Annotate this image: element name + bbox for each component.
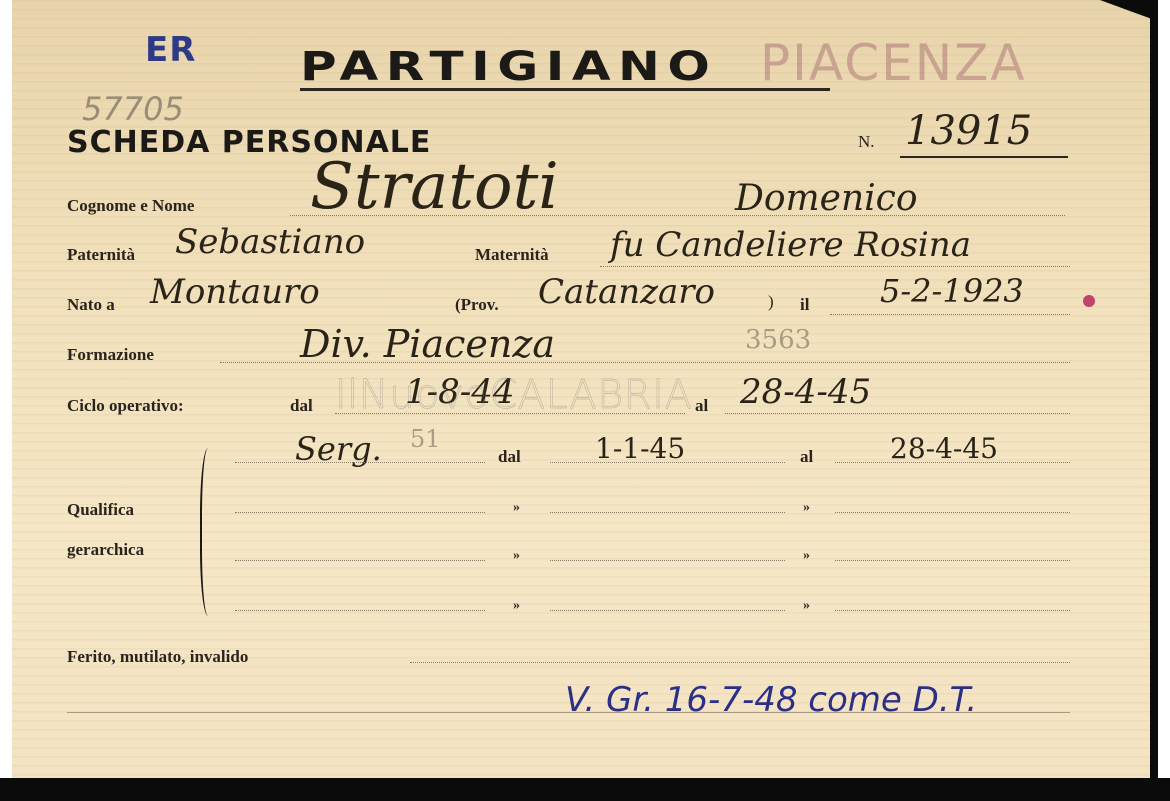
ditto-to-3: »	[803, 598, 810, 614]
watermark: IlNuovoCALABRIA	[335, 372, 692, 418]
ditto-to-1: »	[803, 500, 810, 516]
birthdate-value: 5-2-1923	[880, 272, 1024, 310]
rank-label-1: Qualifica	[67, 500, 134, 520]
surname-value: Stratoti	[310, 150, 559, 224]
operative-cycle-label: Ciclo operativo:	[67, 396, 184, 416]
rank-from-value: 1-1-45	[595, 432, 685, 465]
maternity-label: Maternità	[475, 245, 549, 265]
er-stamp: ER	[145, 30, 196, 70]
right-margin	[1158, 0, 1170, 778]
maternity-line	[600, 266, 1070, 267]
bottom-line	[67, 712, 1070, 713]
cycle-to-value: 28-4-45	[740, 372, 871, 412]
number-label: N.	[858, 132, 875, 152]
rank-to-line-2	[835, 560, 1070, 561]
wounded-blue-note: V. Gr. 16-7-48 come D.T.	[565, 680, 977, 720]
cycle-to-line	[725, 413, 1070, 414]
red-ink-mark	[1083, 295, 1095, 307]
rank-from-label: dal	[498, 447, 521, 467]
rank-pencil-note: 51	[410, 425, 441, 453]
rank-to-value: 28-4-45	[890, 432, 998, 465]
rank-line-1	[235, 512, 485, 513]
name-line	[290, 215, 1065, 216]
rank-from-line-2	[550, 560, 785, 561]
ditto-to-2: »	[803, 548, 810, 564]
ditto-from-2: »	[513, 548, 520, 564]
wounded-label: Ferito, mutilato, invalido	[67, 647, 248, 667]
piacenza-stamp: PIACENZA	[760, 34, 1027, 92]
paternity-label: Paternità	[67, 245, 135, 265]
rank-label-2: gerarchica	[67, 540, 144, 560]
wounded-line	[410, 662, 1070, 663]
card-title: PARTIGIANO	[300, 44, 717, 90]
rank-to-line	[835, 462, 1070, 463]
ditto-from-3: »	[513, 598, 520, 614]
formation-line	[220, 362, 1070, 363]
cycle-from-label: dal	[290, 396, 313, 416]
rank-line-3	[235, 610, 485, 611]
pencil-archive-number: 57705	[82, 90, 184, 128]
rank-from-line-3	[550, 610, 785, 611]
rank-from-line-1	[550, 512, 785, 513]
bottom-border	[0, 778, 1170, 801]
rank-to-label: al	[800, 447, 813, 467]
rank-line-2	[235, 560, 485, 561]
formation-label: Formazione	[67, 345, 154, 365]
birthplace-label: Nato a	[67, 295, 115, 315]
rank-to-line-3	[835, 610, 1070, 611]
formation-value: Div. Piacenza	[300, 322, 555, 366]
birthplace-value: Montauro	[150, 272, 320, 312]
birthdate-line	[830, 314, 1070, 315]
ditto-from-1: »	[513, 500, 520, 516]
rank-line	[235, 462, 485, 463]
number-underline	[900, 156, 1068, 158]
name-label: Cognome e Nome	[67, 196, 194, 216]
birthdate-label: il	[800, 295, 809, 315]
given-name-value: Domenico	[735, 178, 918, 219]
maternity-value: fu Candeliere Rosina	[610, 225, 971, 265]
rank-to-line-1	[835, 512, 1070, 513]
cycle-to-label: al	[695, 396, 708, 416]
rank-brace	[200, 448, 220, 616]
paternity-value: Sebastiano	[175, 222, 365, 262]
province-close: )	[768, 292, 774, 312]
number-value: 13915	[905, 108, 1032, 154]
province-value: Catanzaro	[538, 272, 715, 312]
rank-from-line	[550, 462, 785, 463]
title-underline	[300, 88, 830, 91]
province-label: (Prov.	[455, 295, 499, 315]
formation-pencil-note: 3563	[745, 325, 811, 355]
